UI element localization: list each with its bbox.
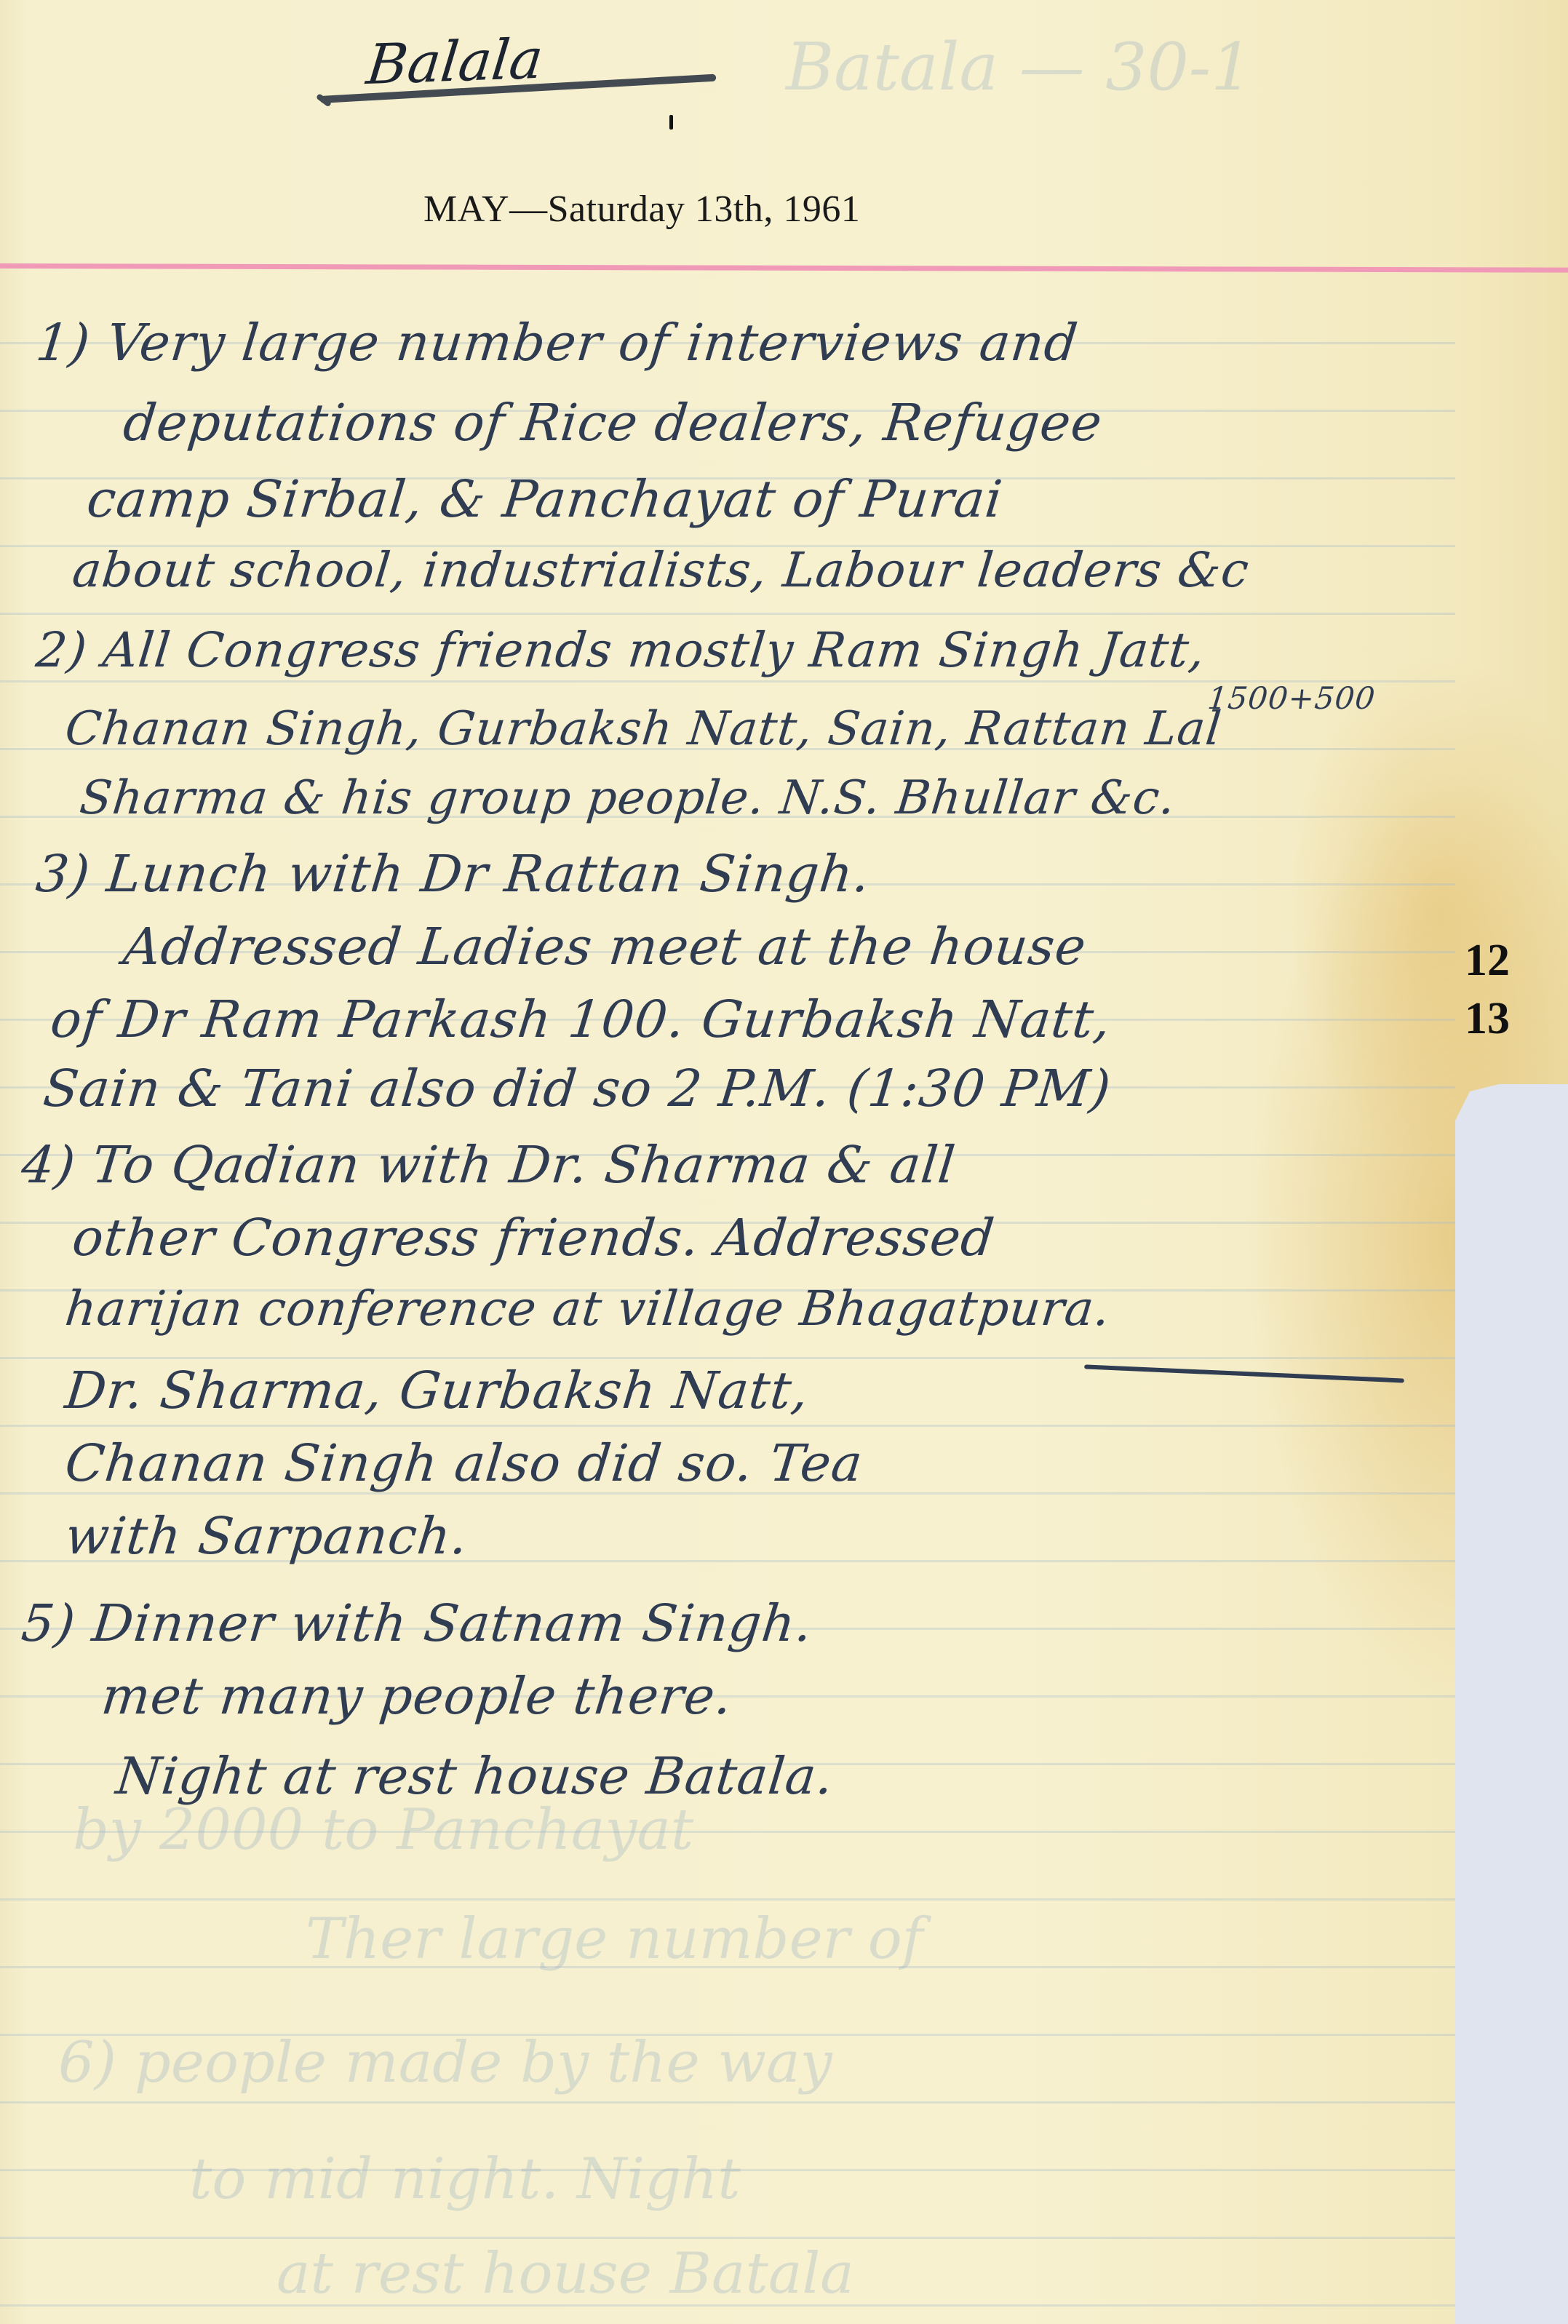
ruled-line [0,2101,1455,2104]
entry-2-line-1: 2) All Congress friends mostly Ram Singh… [33,622,1208,678]
entry-3-line-2: Addressed Ladies meet at the house [121,917,1089,976]
entry-2-line-3: Sharma & his group people. N.S. Bhullar … [77,771,1178,825]
bhagatpura-underline [1084,1364,1404,1382]
entry-2-annotation: 1500+500 [1206,680,1377,716]
entry-1-line-4: about school, industrialists, Labour lea… [70,542,1252,598]
entry-4-line-4: Dr. Sharma, Gurbaksh Natt, [63,1361,812,1420]
entry-3-line-4: Sain & Tani also did so 2 P.M. (1:30 PM) [41,1059,1114,1118]
entry-1-line-2: deputations of Rice dealers, Refugee [121,393,1105,453]
ink-tick-mark [669,115,673,130]
entry-2-line-2: Chanan Singh, Gurbaksh Natt, Sain, Ratta… [63,702,1224,756]
date-tab-current: 13 [1465,993,1510,1045]
show-through-line: by 2000 to Panchayat [73,1797,693,1863]
entry-1-line-1: 1) Very large number of interviews and [33,313,1081,373]
entry-4-line-1: 4) To Qadian with Dr. Sharma & all [19,1135,959,1195]
entry-5-line-2: met many people there. [99,1666,736,1726]
ruled-line [0,1898,1455,1901]
printed-date-header: MAY—Saturday 13th, 1961 [423,188,860,231]
show-through-line: at rest house Batala [276,2241,854,2307]
show-through-line: Ther large number of [306,1906,923,1972]
entry-4-line-3: harijan conference at village Bhagatpura… [63,1281,1113,1337]
show-through-top: Batala — 30-1 [786,29,1252,106]
entry-3-line-1: 3) Lunch with Dr Rattan Singh. [33,844,873,904]
date-tab-prev: 12 [1465,935,1510,987]
entry-5-line-1: 5) Dinner with Satnam Singh. [19,1593,816,1653]
diary-page: Batala — 30-1 by 2000 to Panchayat Ther … [0,0,1568,2324]
header-pink-rule [0,263,1568,273]
entry-4-line-6: with Sarpanch. [63,1506,471,1566]
entry-4-line-2: other Congress friends. Addressed [70,1208,998,1268]
entry-4-line-5: Chanan Singh also did so. Tea [63,1433,866,1493]
ruled-line [0,1357,1455,1359]
show-through-line: to mid night. Night [189,2146,741,2212]
ruled-line [0,613,1455,615]
entry-3-line-3: of Dr Ram Parkash 100. Gurbaksh Natt, [48,990,1114,1049]
show-through-line: 6) people made by the way [58,2030,832,2096]
entry-1-line-3: camp Sirbal, & Panchayat of Purai [84,469,1006,529]
entry-5-line-3: Night at rest house Batala. [114,1746,837,1806]
ruled-line [0,1425,1455,1427]
ruled-line [0,2237,1455,2239]
